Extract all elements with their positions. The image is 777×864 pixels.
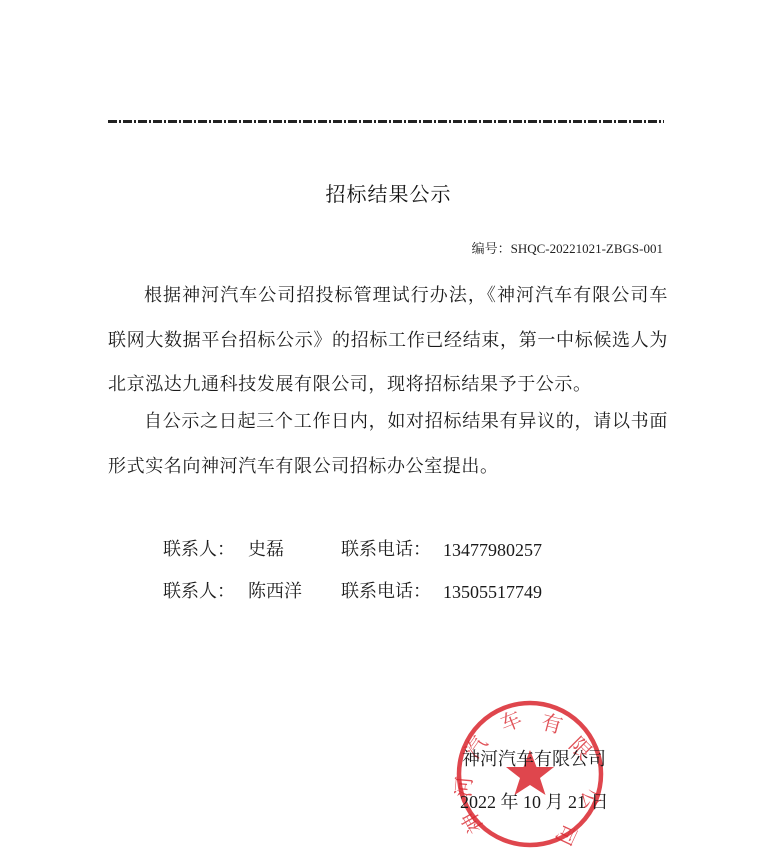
svg-text:司: 司 [551,820,582,849]
phone-number: 13505517749 [443,577,542,607]
document-title: 招标结果公示 [0,178,777,207]
contact-label: 联系人： [163,577,235,607]
contact-label: 联系人： [163,535,235,565]
phone-label: 联系电话： [341,577,431,607]
phone-number: 13477980257 [443,535,542,565]
paragraph-announcement: 根据神河汽车公司招投标管理试行办法，《神河汽车有限公司车联网大数据平台招标公示》… [108,274,668,408]
svg-text:有: 有 [539,710,565,739]
signature-date: 2022 年 10 月 21 日 [460,788,609,814]
phone-label: 联系电话： [341,535,431,565]
company-seal-icon: 汽 车 有 限 公 司 河 神 [454,698,606,850]
contact-name: 史磊 [248,535,284,565]
paragraph-objection-notice: 自公示之日起三个工作日内，如对招标结果有异议的，请以书面形式实名向神河汽车有限公… [108,400,668,489]
signature-company: 神河汽车有限公司 [462,745,606,771]
document-number: 编号：SHQC-20221021-ZBGS-001 [472,238,663,257]
contact-name: 陈西洋 [248,577,302,607]
header-dash-dot-rule [108,120,664,123]
